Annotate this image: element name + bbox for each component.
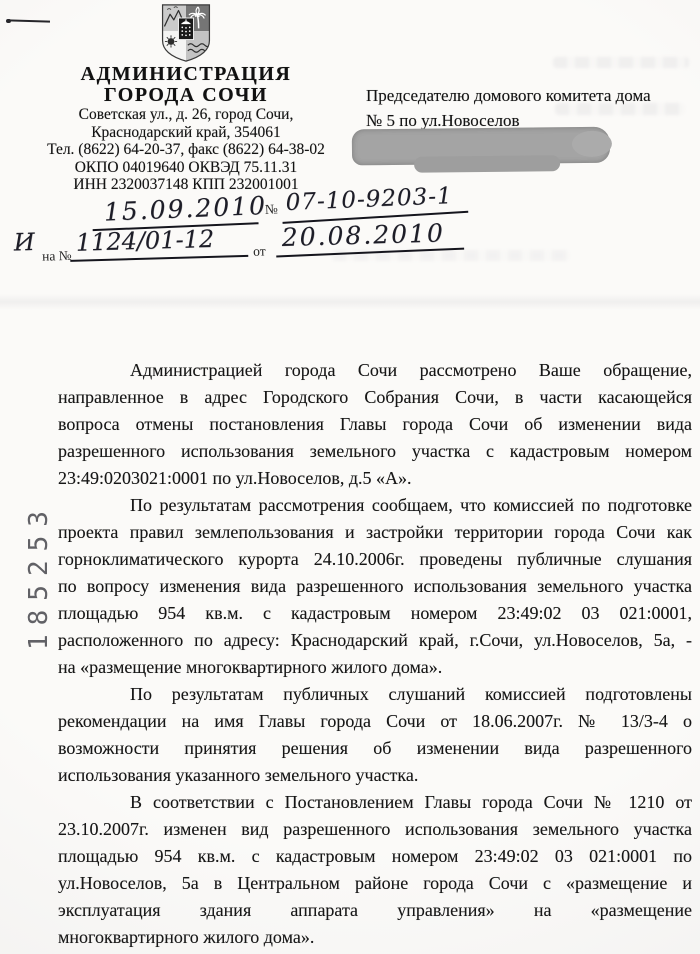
body-text-line: возможности принятия решения об изменени… <box>58 735 692 762</box>
body-text-line: горноклиматического курорта 24.10.2006г.… <box>58 546 692 573</box>
body-text-line: по вопросу изменения вида разрешенного и… <box>58 573 692 600</box>
org-okpo-line: ОКПО 04019640 ОКВЭД 75.11.31 <box>8 159 364 177</box>
org-name-line1: АДМИНИСТРАЦИЯ <box>8 64 364 85</box>
handwritten-incoming-date: 20.08.2010 <box>281 218 445 252</box>
org-name-line2: ГОРОДА СОЧИ <box>8 85 364 106</box>
org-phone-line: Тел. (8622) 64-20-37, факс (8622) 64-38-… <box>8 141 364 159</box>
handwritten-incoming-number: 1124/01-12 <box>75 225 214 257</box>
redaction-blob <box>352 125 619 180</box>
body-text-line: на «размещение многоквартирного жилого д… <box>58 654 692 681</box>
paper-crease-artifact <box>0 294 700 310</box>
scanned-letter-page: АДМИНИСТРАЦИЯ ГОРОДА СОЧИ Советская ул.,… <box>0 0 700 954</box>
body-text-line: 23:49:0203021:0001 по ул.Новоселов, д.5 … <box>58 465 692 492</box>
body-text-line: По результатам рассмотрения сообщаем, чт… <box>58 492 692 519</box>
body-text-line: ул.Новоселов, 5а в Центральном районе го… <box>58 870 692 897</box>
body-text-line: разрешенного использования земельного уч… <box>58 438 692 465</box>
body-text-line: площадью 954 кв.м. с кадастровым номером… <box>58 843 692 870</box>
org-address-line1: Советская ул., д. 26, город Сочи, <box>8 106 364 124</box>
body-text-line: расположенного по адресу: Краснодарский … <box>58 627 692 654</box>
body-text-line: По результатам публичных слушаний комисс… <box>58 681 692 708</box>
body-text-line: направленное в адрес Городского Собрания… <box>58 384 692 411</box>
handwritten-outgoing-date: 15.09.2010 <box>103 191 267 227</box>
body-text-line: Администрацией города Сочи рассмотрено В… <box>58 357 692 384</box>
body-text-line: площадью 954 кв.м. с кадастровым номером… <box>58 600 692 627</box>
body-text-line: проекта правил землепользования и застро… <box>58 519 692 546</box>
redaction-stroke <box>414 155 560 173</box>
body-text-line: вопроса отмены постановления Главы город… <box>58 411 692 438</box>
handwritten-margin-mark: И <box>13 228 35 257</box>
reply-to-number-label: на № <box>42 248 72 265</box>
body-text-line: 23.10.2007г. изменен вид разрешенного ис… <box>58 816 692 843</box>
number-sign-label: № <box>265 201 279 218</box>
letter-body: Администрацией города Сочи рассмотрено В… <box>58 357 692 951</box>
org-address-line2: Краснодарский край, 354061 <box>8 124 364 142</box>
sochi-coat-of-arms-icon <box>159 3 213 63</box>
body-text-line: многоквартирного жилого дома». <box>58 924 692 951</box>
reply-from-label: от <box>253 243 266 259</box>
reference-line-incoming: И на № 1124/01-12 от 20.08.2010 <box>10 219 481 274</box>
body-text-line: использования указанного земельного учас… <box>58 762 692 789</box>
body-text-line: эксплуатация здания аппарата управления»… <box>58 897 692 924</box>
handwritten-outgoing-number: 07-10-9203-1 <box>285 183 453 216</box>
body-text-line: рекомендации на имя Главы города Сочи от… <box>58 708 692 735</box>
letterhead: АДМИНИСТРАЦИЯ ГОРОДА СОЧИ Советская ул.,… <box>8 3 364 194</box>
recipient-line1: Председателю домового комитета дома <box>366 84 690 109</box>
registration-number-stamp: 185253 <box>24 502 54 650</box>
bleed-through-artifact <box>553 57 689 68</box>
body-text-line: В соответствии с Постановлением Главы го… <box>58 789 692 816</box>
